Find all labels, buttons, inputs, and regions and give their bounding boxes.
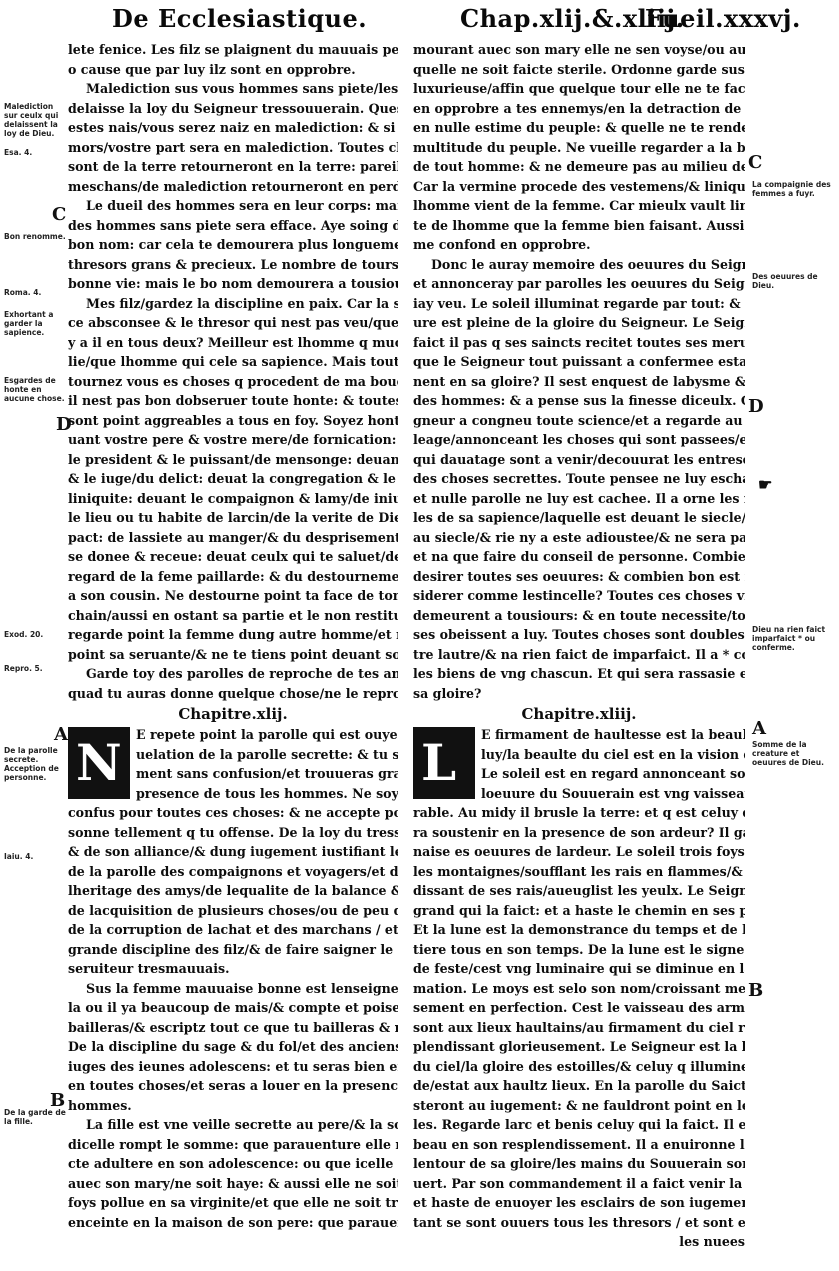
text-line: et na que faire du conseil de personne. …	[413, 547, 745, 567]
text-line: quad tu auras donne quelque chose/ne le …	[68, 684, 398, 704]
text-line: iay veu. Le soleil illuminat regarde par…	[413, 294, 745, 314]
text-line: sement en perfection. Cest le vaisseau d…	[413, 998, 745, 1018]
text-line: presence de tous les hommes. Ne soys poi…	[136, 784, 398, 804]
text-line: que le Seigneur tout puissant a conferme…	[413, 352, 745, 372]
text-line: iuges des ieunes adolescens: et tu seras…	[68, 1057, 398, 1077]
text-line: sa gloire?	[413, 684, 745, 704]
text-line: regarde point la femme dung autre homme/…	[68, 625, 398, 645]
text-line: bonne vie: mais le bo nom demourera a to…	[68, 274, 398, 294]
text-line: E repete point la parolle qui est ouye d…	[136, 725, 398, 745]
text-line: bailleras/& escriptz tout ce que tu bail…	[68, 1018, 398, 1038]
text-line: qui dauatage sont a venir/decouurat les …	[413, 450, 745, 470]
section-letter-d: D	[748, 396, 764, 417]
section-letter-a: A	[752, 718, 766, 739]
text-line: uert. Par son commandement il a faict ve…	[413, 1174, 745, 1194]
text-line: thresors grans & precieux. Le nombre de …	[68, 255, 398, 275]
margin-note: Iaiu. 4.	[4, 852, 66, 861]
text-line: bon nom: car cela te demourera plus long…	[68, 235, 398, 255]
text-line: des hommes sans piete sera efface. Aye s…	[68, 216, 398, 236]
chapter-heading: Chapitre.xlij.	[68, 703, 398, 725]
margin-note: Roma. 4.	[4, 288, 66, 297]
text-line: Malediction sus vous hommes sans piete/l…	[68, 79, 398, 99]
text-line: sonne tellement q tu offense. De la loy …	[68, 823, 398, 843]
margin-note: De la garde de la fille.	[4, 1108, 66, 1126]
text-line: & de son alliance/& dung iugement iustif…	[68, 842, 398, 862]
text-line: me confond en opprobre.	[413, 235, 745, 255]
text-line: il nest pas bon dobseruer toute honte: &…	[68, 391, 398, 411]
text-line: loeuure du Souuerain est vng vaisseau ad…	[481, 784, 745, 804]
text-line: se donee & receue: deuat ceulx qui te sa…	[68, 547, 398, 567]
text-line: les biens de vng chascun. Et qui sera ra…	[413, 664, 745, 684]
text-line: lentour de sa gloire/les mains du Souuer…	[413, 1154, 745, 1174]
text-line: ure est pleine de la gloire du Seigneur.…	[413, 313, 745, 333]
chapter-opening: L E firmament de haultesse est la beault…	[413, 725, 745, 803]
text-line: des hommes: & a pense sus la finesse dic…	[413, 391, 745, 411]
text-line: naise es oeuures de lardeur. Le soleil t…	[413, 842, 745, 862]
text-line: & le iuge/du delict: deuat la congregati…	[68, 469, 398, 489]
text-line: gneur a congneu toute science/et a regar…	[413, 411, 745, 431]
text-line: E firmament de haultesse est la beaulte …	[481, 725, 745, 745]
text-line: cte adultere en son adolescence: ou que …	[68, 1154, 398, 1174]
margin-note: Dieu na rien faict imparfaict * ou confe…	[752, 625, 832, 652]
section-letter-a: A	[54, 724, 68, 745]
text-line: dissant de ses rais/aueuglist les yeulx.…	[413, 881, 745, 901]
chapter-opening: N E repete point la parolle qui est ouye…	[68, 725, 398, 803]
text-line: ce absconsee & le thresor qui nest pas v…	[68, 313, 398, 333]
text-line: demeurent a tousiours: & en toute necess…	[413, 606, 745, 626]
text-line: lie/que lhomme qui cele sa sapience. Mai…	[68, 352, 398, 372]
text-line: ses obeissent a luy. Toutes choses sont …	[413, 625, 745, 645]
text-line: tant se sont ouuers tous les thresors / …	[413, 1213, 745, 1233]
text-line: de tout homme: & ne demeure pas au milie…	[413, 157, 745, 177]
text-line: luxurieuse/affin que quelque tour elle n…	[413, 79, 745, 99]
section-letter-d: D	[56, 414, 72, 435]
text-line: plendissant glorieusement. Le Seigneur e…	[413, 1037, 745, 1057]
text-line: grande discipline des filz/& de faire sa…	[68, 940, 398, 960]
text-line: tiere tous en son temps. De la lune est …	[413, 940, 745, 960]
text-line: les de sa sapience/laquelle est deuant l…	[413, 508, 745, 528]
text-line: et haste de enuoyer les esclairs de son …	[413, 1193, 745, 1213]
text-line: beau en son resplendissement. Il a enuir…	[413, 1135, 745, 1155]
text-line: nent en sa gloire? Il sest enquest de la…	[413, 372, 745, 392]
text-line: mourant auec son mary elle ne sen voyse/…	[413, 40, 745, 60]
text-line: la ou il ya beaucoup de mais/& compte et…	[68, 998, 398, 1018]
text-line: des choses secrettes. Toute pensee ne lu…	[413, 469, 745, 489]
text-line: te de lhomme que la femme bien faisant. …	[413, 216, 745, 236]
margin-note: Exod. 20.	[4, 630, 66, 639]
margin-note: Somme de la creature et oeuures de Dieu.	[752, 740, 832, 767]
text-line: seruiteur tresmauuais.	[68, 959, 398, 979]
text-line: estes nais/vous serez naiz en maledictio…	[68, 118, 398, 138]
margin-note: Bon renomme.	[4, 232, 66, 241]
text-line: uelation de la parolle secrette: & tu se…	[136, 745, 398, 765]
text-line: au siecle/& rie ny a este adioustee/& ne…	[413, 528, 745, 548]
text-line: sont point aggreables a tous en foy. Soy…	[68, 411, 398, 431]
decorated-initial: L	[413, 727, 475, 799]
text-line: en opprobre a tes ennemys/en la detracti…	[413, 99, 745, 119]
text-line: tre lautre/& na rien faict de imparfaict…	[413, 645, 745, 665]
initial-letter: L	[421, 731, 456, 795]
text-line: luy/la beaulte du ciel est en la vision …	[481, 745, 745, 765]
text-line: liniquite: deuant le compaignon & lamy/d…	[68, 489, 398, 509]
margin-note: Esa. 4.	[4, 148, 66, 157]
text-line: faict il pas q ses saincts recitet toute…	[413, 333, 745, 353]
text-line: enceinte en la maison de son pere: que p…	[68, 1213, 398, 1233]
text-line: Le soleil est en regard annonceant son y…	[481, 764, 745, 784]
text-line: steront au iugement: & ne fauldront poin…	[413, 1096, 745, 1116]
text-line: grand qui la faict: et a haste le chemin…	[413, 901, 745, 921]
text-line: lheritage des amys/de lequalite de la ba…	[68, 881, 398, 901]
text-line: les. Regarde larc et benis celuy qui la …	[413, 1115, 745, 1135]
text-line: Sus la femme mauuaise bonne est lenseign…	[68, 979, 398, 999]
text-line: point sa seruante/& ne te tiens point de…	[68, 645, 398, 665]
text-line: multitude du peuple. Ne vueille regarder…	[413, 138, 745, 158]
text-line: y a il en tous deux? Meilleur est lhomme…	[68, 333, 398, 353]
margin-note: De la parolle secrete. Acception de pers…	[4, 746, 66, 782]
margin-note: La compaignie des femmes a fuyr.	[752, 180, 832, 198]
text-line: de la corruption de lachat et des marcha…	[68, 920, 398, 940]
text-line: De la discipline du sage & du fol/et des…	[68, 1037, 398, 1057]
text-line: Et la lune est la demonstrance du temps …	[413, 920, 745, 940]
text-line: leage/annonceant les choses qui sont pas…	[413, 430, 745, 450]
text-line: Garde toy des parolles de reproche de te…	[68, 664, 398, 684]
decorated-initial: N	[68, 727, 130, 799]
margin-note: Exhortant a garder la sapience.	[4, 310, 66, 337]
running-title: De Ecclesiastique.	[112, 4, 367, 33]
page-header: De Ecclesiastique. Chap.xlij.&.xliij. Fu…	[0, 0, 839, 40]
section-letter-c: C	[748, 152, 762, 173]
text-line: lete fenice. Les filz se plaignent du ma…	[68, 40, 398, 60]
initial-letter: N	[76, 731, 122, 795]
chapter-heading: Chapitre.xliij.	[413, 703, 745, 725]
catchword: les nuees	[413, 1232, 745, 1252]
text-line: lhomme vient de la femme. Car mieulx vau…	[413, 196, 745, 216]
text-line: mors/vostre part sera en malediction. To…	[68, 138, 398, 158]
text-line: Le dueil des hommes sera en leur corps: …	[68, 196, 398, 216]
margin-note: Malediction sur ceulx qui delaissent la …	[4, 102, 66, 138]
right-column: mourant auec son mary elle ne sen voyse/…	[413, 40, 745, 1252]
text-line: desirer toutes ses oeuures: & combien bo…	[413, 567, 745, 587]
text-line: hommes.	[68, 1096, 398, 1116]
text-line: confus pour toutes ces choses: & ne acce…	[68, 803, 398, 823]
text-line: mation. Le moys est selo son nom/croissa…	[413, 979, 745, 999]
text-line: ment sans confusion/et trouueras grace e…	[136, 764, 398, 784]
text-line: sont aux lieux haultains/au firmament du…	[413, 1018, 745, 1038]
text-line: de lacquisition de plusieurs choses/ou d…	[68, 901, 398, 921]
text-line: Mes filz/gardez la discipline en paix. C…	[68, 294, 398, 314]
text-line: quelle ne soit faicte sterile. Ordonne g…	[413, 60, 745, 80]
text-line: dicelle rompt le somme: que parauenture …	[68, 1135, 398, 1155]
text-line: le lieu ou tu habite de larcin/de la ver…	[68, 508, 398, 528]
text-line: delaisse la loy du Seigneur tressouuerai…	[68, 99, 398, 119]
text-line: auec son mary/ne soit haye: & aussi elle…	[68, 1174, 398, 1194]
text-line: en toutes choses/et seras a louer en la …	[68, 1076, 398, 1096]
text-line: a son cousin. Ne destourne point ta face…	[68, 586, 398, 606]
margin-note: Repro. 5.	[4, 664, 66, 673]
text-line: de feste/cest vng luminaire qui se dimin…	[413, 959, 745, 979]
text-line: de/estat aux haultz lieux. En la parolle…	[413, 1076, 745, 1096]
text-line: de la parolle des compaignons et voyager…	[68, 862, 398, 882]
text-line: ra soustenir en la presence de son ardeu…	[413, 823, 745, 843]
text-line: regard de la feme paillarde: & du destou…	[68, 567, 398, 587]
text-line: en nulle estime du peuple: & quelle ne t…	[413, 118, 745, 138]
text-line: meschans/de malediction retourneront en …	[68, 177, 398, 197]
text-line: et nulle parolle ne luy est cachee. Il a…	[413, 489, 745, 509]
text-line: et annonceray par parolles les oeuures d…	[413, 274, 745, 294]
text-line: o cause que par luy ilz sont en opprobre…	[68, 60, 398, 80]
text-line: les montaignes/soufflant les rais en fla…	[413, 862, 745, 882]
text-line: pact: de lassiete au manger/& du despris…	[68, 528, 398, 548]
text-line: sont de la terre retourneront en la terr…	[68, 157, 398, 177]
text-line: Donc le auray memoire des oeuures du Sei…	[413, 255, 745, 275]
margin-note: Des oeuures de Dieu.	[752, 272, 832, 290]
text-line: du ciel/la gloire des estoilles/& celuy …	[413, 1057, 745, 1077]
text-line: siderer comme lestincelle? Toutes ces ch…	[413, 586, 745, 606]
text-line: le president & le puissant/de mensonge: …	[68, 450, 398, 470]
section-letter-b: B	[748, 980, 763, 1001]
text-line: chain/aussi en ostant sa partie et le no…	[68, 606, 398, 626]
text-line: La fille est vne veille secrette au pere…	[68, 1115, 398, 1135]
text-line: Car la vermine procede des vestemens/& l…	[413, 177, 745, 197]
section-letter-c: C	[52, 204, 66, 225]
text-line: uant vostre pere & vostre mere/de fornic…	[68, 430, 398, 450]
margin-note: Esgardes de honte en aucune chose.	[4, 376, 66, 403]
folio-number: Fueil.xxxvj.	[645, 4, 801, 33]
text-line: tournez vous es choses q procedent de ma…	[68, 372, 398, 392]
text-line: foys pollue en sa virginite/et que elle …	[68, 1193, 398, 1213]
hand-pointer-icon: ☛	[758, 475, 772, 494]
text-line: rable. Au midy il brusle la terre: et q …	[413, 803, 745, 823]
left-column: lete fenice. Les filz se plaignent du ma…	[68, 40, 398, 1232]
